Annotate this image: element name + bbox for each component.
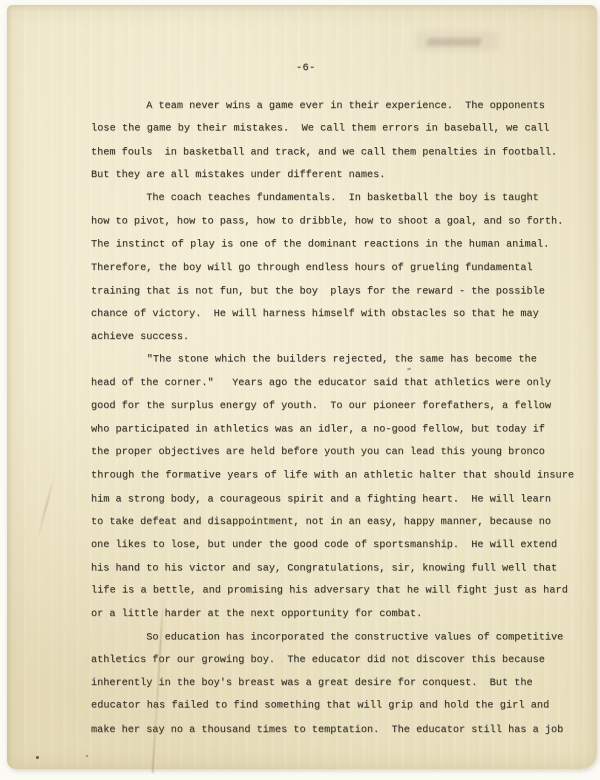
ink-speck — [86, 755, 88, 757]
text-line: achieve success. — [91, 326, 583, 349]
text-line: or a little harder at the next opportuni… — [91, 603, 583, 626]
text-line: them fouls in basketball and track, and … — [91, 142, 583, 165]
text-line: training that is not fun, but the boy pl… — [91, 280, 583, 303]
page-number: -6- — [296, 62, 316, 76]
paper-crease — [36, 472, 56, 542]
text-line: how to pivot, how to pass, how to dribbl… — [91, 211, 583, 234]
text-line: life is a bettle, and promising his adve… — [91, 580, 583, 603]
text-line: "The stone which the builders rejected, … — [91, 349, 583, 372]
text-line: chance of victory. He will harness himse… — [91, 303, 583, 326]
text-line: inherently in the boy's breast was a gre… — [91, 672, 583, 695]
text-line: make her say no a thousand times to temp… — [91, 719, 583, 742]
text-line: A team never wins a game ever in their e… — [91, 95, 583, 118]
text-line: good for the surplus energy of youth. To… — [91, 395, 583, 418]
faded-stamp-mark — [426, 38, 481, 46]
text-line: educator has failed to find something th… — [91, 695, 583, 718]
text-line: But they are all mistakes under differen… — [91, 164, 583, 187]
text-line: through the formative years of life with… — [91, 464, 583, 487]
typewritten-text: A team never wins a game ever in their e… — [91, 95, 583, 742]
text-line: Therefore, the boy will go through endle… — [91, 257, 583, 280]
text-line: the proper objectives are held before yo… — [91, 441, 583, 464]
manuscript-page: -6- A team never wins a game ever in the… — [7, 5, 597, 769]
text-line: lose the game by their mistakes. We call… — [91, 118, 583, 141]
text-line: him a strong body, a courageous spirit a… — [91, 488, 583, 511]
text-line: So education has incorporated the constr… — [91, 627, 583, 650]
text-line: who participated in athletics was an idl… — [91, 419, 583, 442]
text-line: athletics for our growing boy. The educa… — [91, 649, 583, 672]
ink-speck — [36, 756, 39, 759]
text-line: his hand to his victor and say, Congratu… — [91, 557, 583, 580]
text-line: The coach teaches fundamentals. In baske… — [91, 187, 583, 210]
text-line: The instinct of play is one of the domin… — [91, 233, 583, 256]
text-line: to take defeat and disappointment, not i… — [91, 511, 583, 534]
text-line: one likes to lose, but under the good co… — [91, 534, 583, 557]
text-line: head of the corner." Years ago the educa… — [91, 372, 583, 395]
